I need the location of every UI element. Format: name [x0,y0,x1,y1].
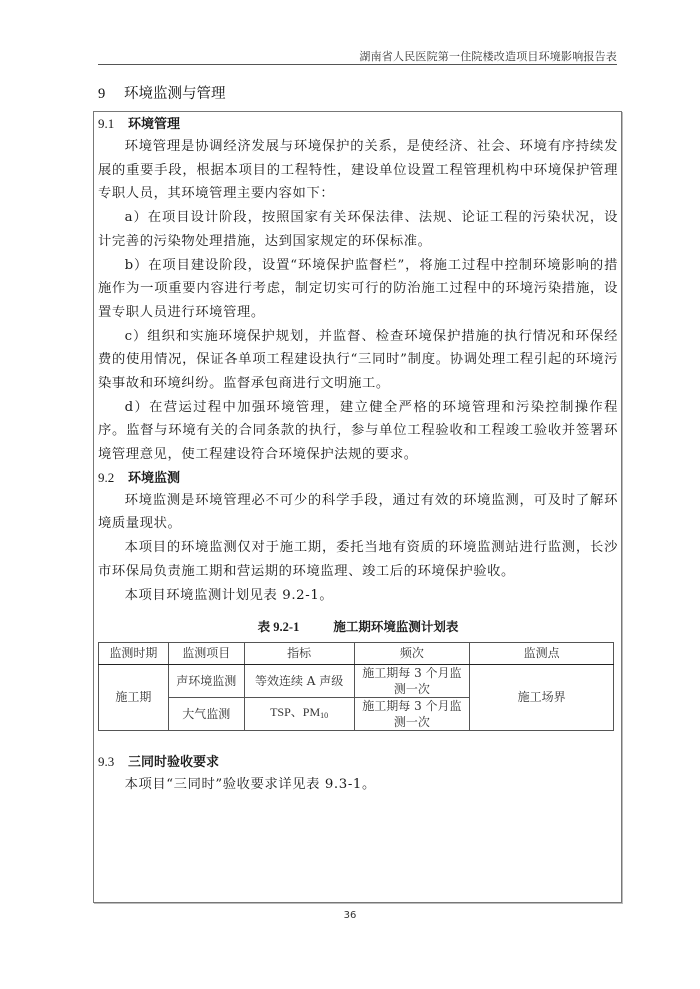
section-title: 三同时验收要求 [128,755,219,770]
section-number: 9.1 [98,113,128,135]
paragraph: 本项目“三同时”验收要求详见表 9.3-1。 [98,773,618,797]
indicator-cell: 等效连续 A 声级 [244,664,354,697]
section-heading-9-3: 9.3三同时验收要求 [98,751,618,773]
column-header: 监测时期 [99,642,169,664]
indicator-subscript: 10 [320,711,328,720]
section-number: 9.2 [98,467,128,489]
paragraph: 环境监测是环境管理必不可少的科学手段，通过有效的环境监测，可及时了解环境质量现状… [98,489,618,537]
header-rule [98,64,617,65]
paragraph: 本项目环境监测计划见表 9.2-1。 [98,584,618,608]
chapter-title-text: 环境监测与管理 [124,86,226,102]
column-header: 频次 [354,642,470,664]
column-header: 监测点 [470,642,614,664]
indicator-text: TSP、PM [270,705,320,719]
document-body: 9.1环境管理 环境管理是协调经济发展与环境保护的关系，是使经济、社会、环境有序… [98,113,618,797]
section-heading-9-2: 9.2环境监测 [98,467,618,489]
paragraph-item-c: c）组织和实施环境保护规划，并监督、检查环境保护措施的执行情况和环保经费的使用情… [98,325,618,396]
chapter-number: 9 [98,86,124,103]
page-number: 36 [0,910,700,921]
period-cell: 施工期 [99,664,169,730]
frequency-cell: 施工期每 3 个月监测一次 [354,664,470,697]
paragraph-item-a: a）在项目设计阶段，按照国家有关环保法律、法规、论证工程的污染状况，设计完善的污… [98,206,618,254]
location-cell: 施工场界 [470,664,614,730]
indicator-cell: TSP、PM10 [244,697,354,730]
paragraph: 环境管理是协调经济发展与环境保护的关系，是使经济、社会、环境有序持续发展的重要手… [98,135,618,206]
monitoring-plan-table: 监测时期 监测项目 指标 频次 监测点 施工期 声环境监测 等效连续 A 声级 … [98,642,614,731]
section-number: 9.3 [98,751,128,773]
section-heading-9-1: 9.1环境管理 [98,113,618,135]
running-header: 湖南省人民医院第一住院楼改造项目环境影响报告表 [98,48,617,64]
section-title: 环境管理 [128,117,180,132]
paragraph-item-b: b）在项目建设阶段，设置“环境保护监督栏”，将施工过程中控制环境影响的措施作为一… [98,254,618,325]
item-cell: 声环境监测 [168,664,244,697]
chapter-title: 9环境监测与管理 [98,82,226,103]
table-caption: 表 9.2-1施工期环境监测计划表 [98,616,618,642]
item-cell: 大气监测 [168,697,244,730]
frequency-cell: 施工期每 3 个月监测一次 [354,697,470,730]
section-title: 环境监测 [128,471,180,486]
column-header: 指标 [244,642,354,664]
column-header: 监测项目 [168,642,244,664]
table-number: 表 9.2-1 [258,620,300,634]
table-title: 施工期环境监测计划表 [333,619,458,634]
paragraph-item-d: d）在营运过程中加强环境管理，建立健全严格的环境管理和污染控制操作程序。监督与环… [98,396,618,467]
paragraph: 本项目的环境监测仅对于施工期，委托当地有资质的环境监测站进行监测，长沙市环保局负… [98,536,618,584]
table-header-row: 监测时期 监测项目 指标 频次 监测点 [99,642,614,664]
table-row: 施工期 声环境监测 等效连续 A 声级 施工期每 3 个月监测一次 施工场界 [99,664,614,697]
